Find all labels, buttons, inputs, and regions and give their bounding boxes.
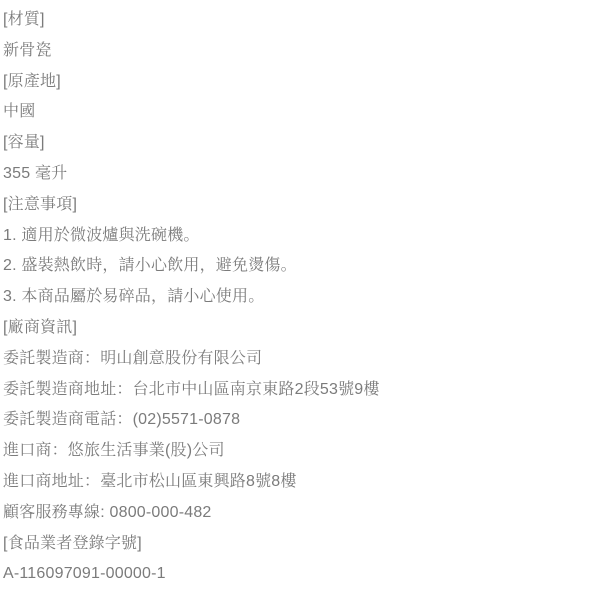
manufacturer-phone-line: 委託製造商電話：(02)5571-0878 bbox=[3, 405, 590, 436]
section-header-notes: [注意事項] bbox=[3, 190, 590, 221]
note-item-2: 2. 盛裝熱飲時，請小心飲用，避免燙傷。 bbox=[3, 251, 590, 282]
section-header-origin: [原產地] bbox=[3, 67, 590, 98]
note-item-3: 3. 本商品屬於易碎品，請小心使用。 bbox=[3, 282, 590, 313]
manufacturer-name-line: 委託製造商：明山創意股份有限公司 bbox=[3, 344, 590, 375]
section-header-food-registration: [食品業者登錄字號] bbox=[3, 529, 590, 560]
importer-address-line: 進口商地址：臺北市松山區東興路8號8樓 bbox=[3, 467, 590, 498]
food-registration-number: A-116097091-00000-1 bbox=[3, 559, 590, 590]
importer-name-line: 進口商：悠旅生活事業(股)公司 bbox=[3, 436, 590, 467]
capacity-value: 355 毫升 bbox=[3, 159, 590, 190]
note-item-1: 1. 適用於微波爐與洗碗機。 bbox=[3, 221, 590, 252]
section-header-manufacturer-info: [廠商資訊] bbox=[3, 313, 590, 344]
customer-service-line: 顧客服務專線: 0800-000-482 bbox=[3, 498, 590, 529]
product-info-panel: [材質] 新骨瓷 [原產地] 中國 [容量] 355 毫升 [注意事項] 1. … bbox=[0, 0, 600, 600]
manufacturer-address-line: 委託製造商地址：台北市中山區南京東路2段53號9樓 bbox=[3, 375, 590, 406]
material-value: 新骨瓷 bbox=[3, 36, 590, 67]
section-header-capacity: [容量] bbox=[3, 128, 590, 159]
section-header-material: [材質] bbox=[3, 5, 590, 36]
origin-value: 中國 bbox=[3, 97, 590, 128]
